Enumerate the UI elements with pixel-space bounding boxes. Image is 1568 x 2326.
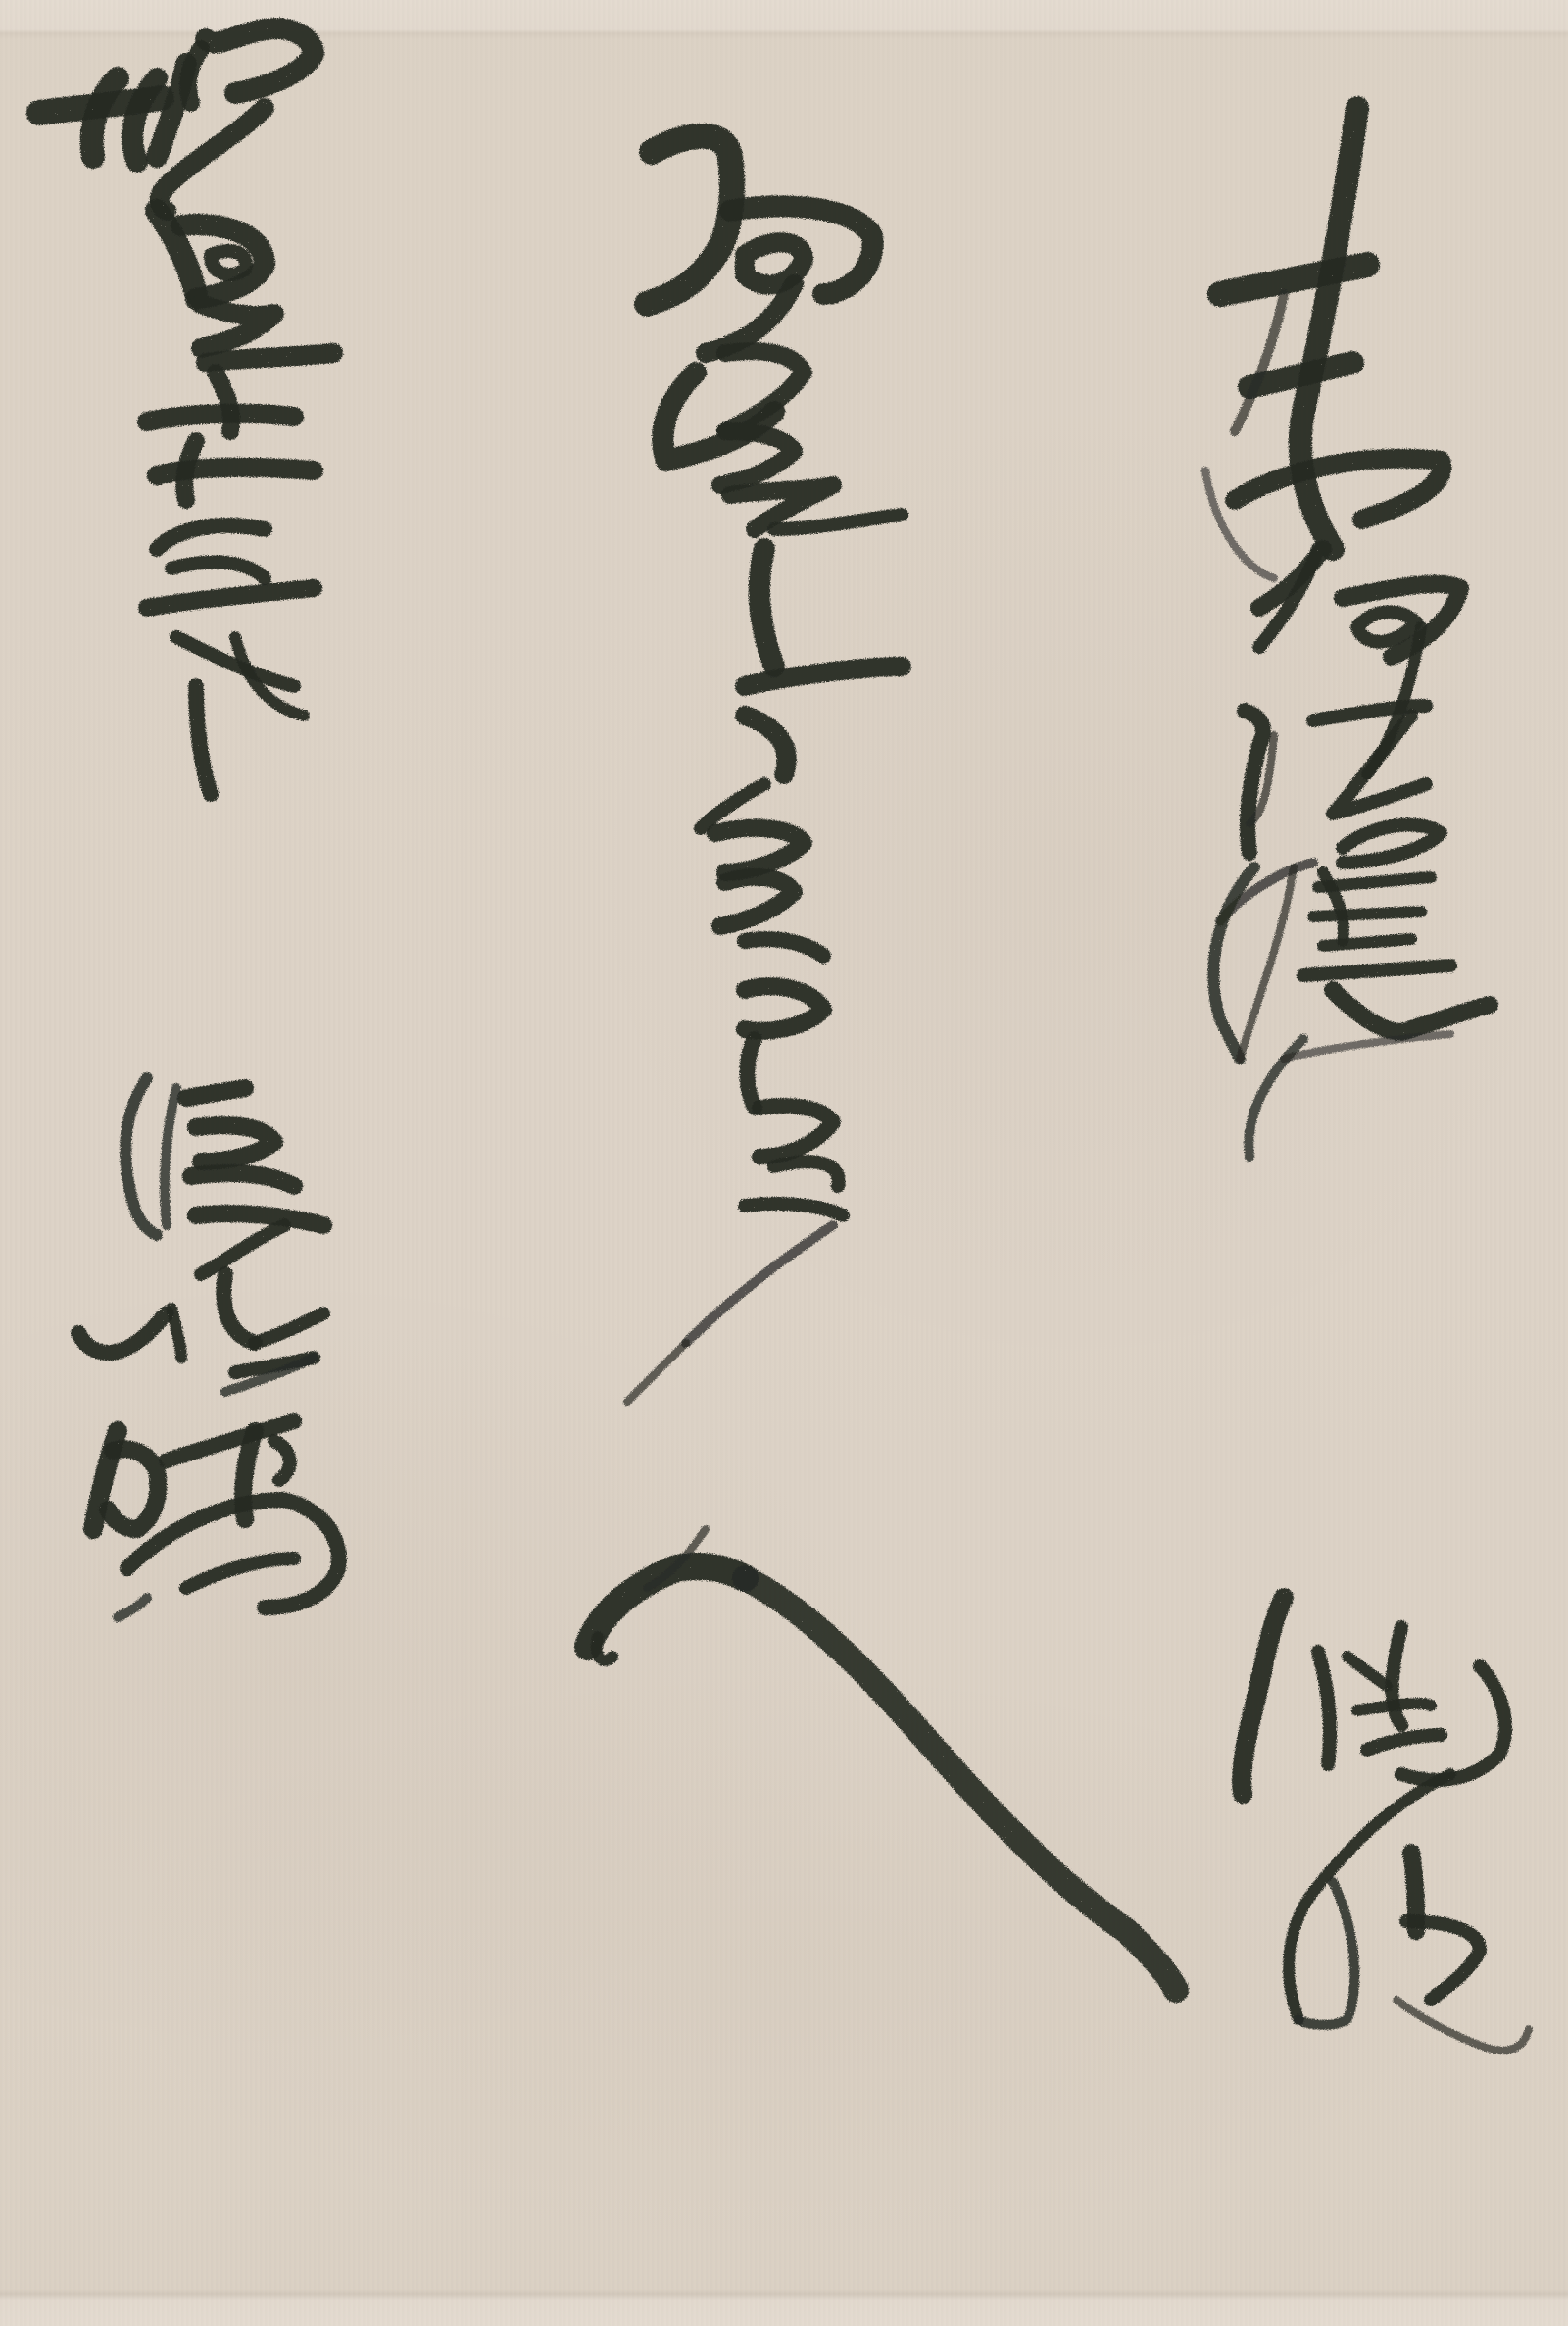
brush-stroke xyxy=(1300,108,1357,549)
brush-stroke xyxy=(745,939,823,956)
brush-stroke xyxy=(1284,1034,1450,1059)
brush-stroke xyxy=(1343,825,1441,863)
brush-stroke xyxy=(627,1343,686,1402)
brush-stroke xyxy=(1396,2000,1529,2051)
brush-stroke xyxy=(1289,1774,1450,2019)
brush-stroke xyxy=(196,686,211,794)
brush-stroke xyxy=(188,49,201,103)
brush-stroke xyxy=(774,1162,839,1186)
brush-stroke xyxy=(191,1173,294,1186)
brush-stroke xyxy=(157,525,265,549)
column-left xyxy=(39,28,339,1617)
brush-stroke xyxy=(78,1313,167,1353)
brush-stroke xyxy=(1357,612,1416,642)
brush-stroke xyxy=(647,136,732,304)
brush-stroke xyxy=(118,1598,147,1617)
brush-stroke xyxy=(759,549,774,667)
brush-stroke xyxy=(1333,716,1426,814)
brush-stroke xyxy=(1245,711,1263,853)
brush-stroke xyxy=(147,414,294,421)
brush-stroke xyxy=(147,588,314,608)
brush-stroke xyxy=(745,986,823,1031)
brush-stroke xyxy=(206,28,314,93)
brush-stroke xyxy=(1313,912,1421,916)
brush-stroke xyxy=(165,1088,176,1225)
brush-stroke xyxy=(1318,1652,1330,1764)
brush-stroke xyxy=(1220,265,1367,294)
brush-stroke xyxy=(1357,1704,1431,1710)
brush-stroke xyxy=(1235,294,1284,431)
brush-stroke xyxy=(686,1225,833,1343)
brush-stroke xyxy=(1303,965,1450,975)
brush-stroke xyxy=(211,251,246,274)
ink-layer xyxy=(0,0,1568,2326)
brush-stroke xyxy=(201,1225,284,1274)
brush-stroke xyxy=(745,716,787,774)
column-middle xyxy=(588,136,1176,1990)
brush-stroke xyxy=(157,468,314,475)
brush-stroke xyxy=(1242,1598,1284,1794)
brush-stroke xyxy=(720,877,794,926)
brush-stroke xyxy=(1323,939,1411,946)
brush-stroke xyxy=(255,1313,323,1343)
brush-stroke xyxy=(725,351,804,431)
brush-stroke xyxy=(745,1204,843,1215)
brush-stroke xyxy=(196,1125,274,1162)
brush-stroke xyxy=(171,1309,181,1358)
brush-stroke xyxy=(223,1274,255,1343)
brush-stroke xyxy=(186,1559,294,1588)
brush-stroke xyxy=(206,353,333,363)
brush-stroke xyxy=(186,1088,245,1098)
brush-stroke xyxy=(774,515,902,529)
brush-stroke xyxy=(1347,1657,1387,1686)
brush-stroke xyxy=(748,1039,756,1108)
brush-stroke xyxy=(720,431,794,485)
brush-stroke xyxy=(196,1213,323,1225)
calligraphy-scroll: Chinese cursive-script calligraphy (草书) … xyxy=(0,0,1568,2326)
brush-stroke xyxy=(745,1578,1176,1990)
brush-stroke xyxy=(125,1078,157,1235)
brush-stroke xyxy=(759,1106,833,1157)
brush-stroke xyxy=(1401,1666,1505,1780)
brush-stroke xyxy=(201,304,274,348)
brush-stroke xyxy=(715,828,804,872)
brush-stroke xyxy=(1367,1735,1441,1750)
brush-stroke xyxy=(274,1441,290,1480)
brush-stroke xyxy=(1235,459,1442,520)
column-right xyxy=(1205,108,1529,2051)
brush-stroke xyxy=(92,78,118,157)
brush-stroke xyxy=(171,562,265,578)
brush-stroke xyxy=(1333,990,1490,1032)
brush-stroke xyxy=(1318,877,1431,887)
